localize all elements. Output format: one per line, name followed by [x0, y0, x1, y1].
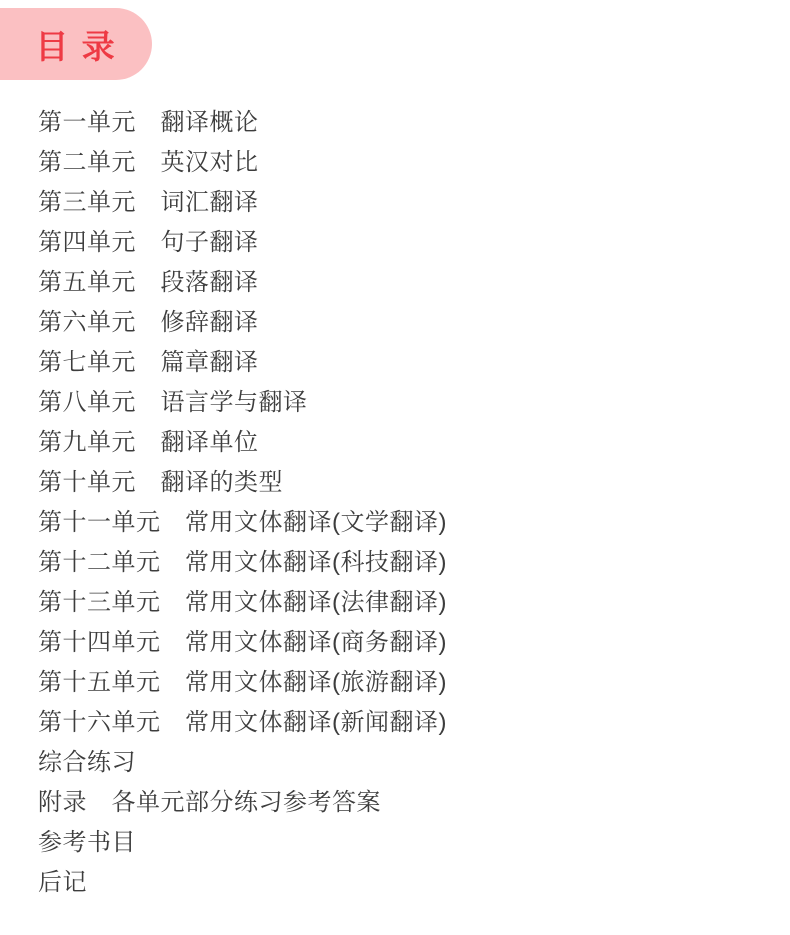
toc-item-label: 第十一单元 常用文体翻译(文学翻译): [38, 502, 447, 537]
toc-item: 第一单元 翻译概论: [38, 99, 790, 139]
toc-item: 附录 各单元部分练习参考答案: [38, 779, 790, 819]
toc-item: 第十一单元 常用文体翻译(文学翻译): [38, 499, 790, 539]
toc-item-label: 第一单元 翻译概论: [38, 102, 259, 137]
toc-item: 第十四单元 常用文体翻译(商务翻译): [38, 619, 790, 659]
toc-item-label: 附录 各单元部分练习参考答案: [38, 782, 381, 817]
toc-item-label: 第二单元 英汉对比: [38, 142, 259, 177]
toc-item: 第十五单元 常用文体翻译(旅游翻译): [38, 659, 790, 699]
toc-item-label: 第九单元 翻译单位: [38, 422, 259, 457]
toc-item: 第四单元 句子翻译: [38, 219, 790, 259]
toc-item-label: 第五单元 段落翻译: [38, 262, 259, 297]
toc-header-badge: 目 录: [0, 8, 152, 80]
toc-item: 第八单元 语言学与翻译: [38, 379, 790, 419]
toc-item: 后记: [38, 859, 790, 899]
toc-item-label: 综合练习: [38, 742, 136, 777]
toc-item-label: 第十三单元 常用文体翻译(法律翻译): [38, 582, 447, 617]
toc-item-label: 第六单元 修辞翻译: [38, 302, 259, 337]
toc-item: 综合练习: [38, 739, 790, 779]
toc-item: 第十六单元 常用文体翻译(新闻翻译): [38, 699, 790, 739]
toc-item-label: 第十六单元 常用文体翻译(新闻翻译): [38, 702, 447, 737]
toc-item-label: 第十四单元 常用文体翻译(商务翻译): [38, 622, 447, 657]
toc-item: 第二单元 英汉对比: [38, 139, 790, 179]
toc-item-label: 后记: [38, 862, 87, 897]
toc-item: 参考书目: [38, 819, 790, 859]
toc-item: 第五单元 段落翻译: [38, 259, 790, 299]
toc-item-label: 第八单元 语言学与翻译: [38, 382, 308, 417]
toc-item-label: 第七单元 篇章翻译: [38, 342, 259, 377]
toc-item-label: 第四单元 句子翻译: [38, 222, 259, 257]
toc-item-label: 第三单元 词汇翻译: [38, 182, 259, 217]
page-title: 目 录: [35, 21, 116, 68]
toc-item-label: 第十单元 翻译的类型: [38, 462, 283, 497]
toc-item: 第九单元 翻译单位: [38, 419, 790, 459]
toc-item: 第十二单元 常用文体翻译(科技翻译): [38, 539, 790, 579]
toc-item: 第三单元 词汇翻译: [38, 179, 790, 219]
toc-item: 第十三单元 常用文体翻译(法律翻译): [38, 579, 790, 619]
toc-item-label: 参考书目: [38, 822, 136, 857]
toc-list: 第一单元 翻译概论 第二单元 英汉对比 第三单元 词汇翻译 第四单元 句子翻译 …: [38, 99, 790, 899]
toc-item: 第七单元 篇章翻译: [38, 339, 790, 379]
toc-item: 第六单元 修辞翻译: [38, 299, 790, 339]
toc-item-label: 第十五单元 常用文体翻译(旅游翻译): [38, 662, 447, 697]
toc-item: 第十单元 翻译的类型: [38, 459, 790, 499]
toc-item-label: 第十二单元 常用文体翻译(科技翻译): [38, 542, 447, 577]
